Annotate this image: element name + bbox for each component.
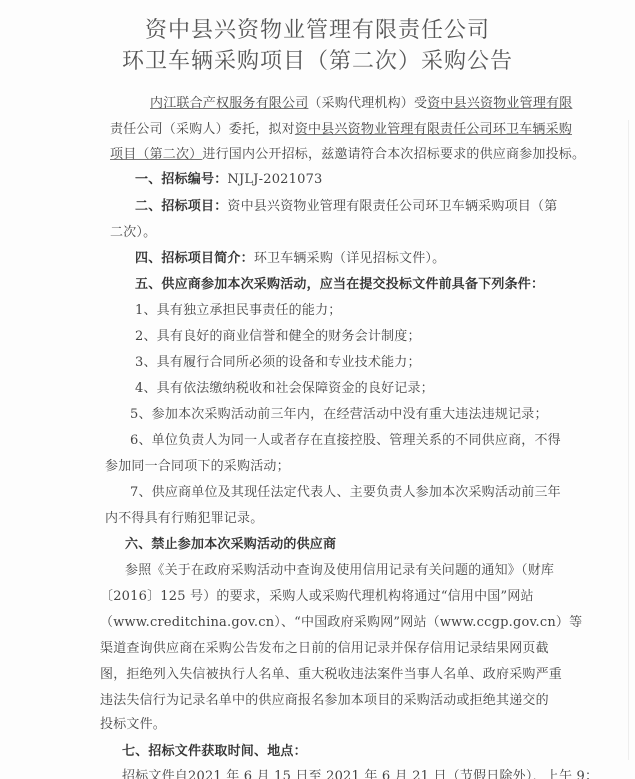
project-name-cont: 项目（第二次） xyxy=(110,147,202,162)
section-value: 资中县兴资物业管理有限责任公司环卫车辆采购项目（第 xyxy=(227,199,557,214)
intro-text: 责任公司（采购人）委托，拟对 xyxy=(110,122,295,137)
intro-line-1: 内江联合产权服务有限公司（采购代理机构）受资中县兴资物业管理有限 xyxy=(150,92,572,111)
document-title-line1: 资中县兴资物业管理有限责任公司 xyxy=(0,13,635,44)
condition-item: 4、具有依法缴纳税收和社会保障资金的良好记录； xyxy=(135,377,434,396)
section-5-heading: 五、供应商参加本次采购活动，应当在提交投标文件前具备下列条件： xyxy=(135,273,544,292)
condition-item: 1、具有独立承担民事责任的能力； xyxy=(135,299,341,318)
date-range: 2021 年 6 月 15 日至 2021 年 6 月 21 日（节假日除外），… xyxy=(188,769,598,779)
section-2: 二、招标项目：资中县兴资物业管理有限责任公司环卫车辆采购项目（第 xyxy=(135,195,557,214)
section-6-heading: 六、禁止参加本次采购活动的供应商 xyxy=(125,533,336,552)
purchaser-name: 资中县兴资物业管理有限 xyxy=(427,96,572,111)
section-label: 四、招标项目简介： xyxy=(135,251,254,266)
condition-item: 5、参加本次采购活动前三年内，在经营活动中没有重大违法违规记录； xyxy=(130,403,548,422)
condition-item: 2、具有良好的商业信誉和健全的财务会计制度； xyxy=(135,325,421,344)
section-1: 一、招标编号：NJLJ-2021073 xyxy=(135,168,323,187)
section-6-text: 渠道查询供应商在采购公告发布之日前的信用记录并保存信用记录结果网页截 xyxy=(100,637,549,656)
section-6-text: 投标文件。 xyxy=(100,713,166,732)
project-name: 资中县兴资物业管理有限责任公司环卫车辆采购 xyxy=(295,122,572,137)
section-6-text: （www.creditchina.gov.cn）、“中国政府采购网”网站（www… xyxy=(100,611,582,630)
section-7-heading: 七、招标文件获取时间、地点： xyxy=(122,740,307,759)
section-value: 环卫车辆采购（详见招标文件）。 xyxy=(254,251,446,266)
section-6-text: 违法失信行为记录名单中的供应商报名参加本项目的采购活动或拒绝其递交的 xyxy=(100,689,549,708)
bid-number: NJLJ-2021073 xyxy=(227,172,322,187)
page-edge-shadow xyxy=(628,120,629,760)
intro-text: 进行国内公开招标，兹邀请符合本次招标要求的供应商参加投标。 xyxy=(202,147,585,162)
agency-name: 内江联合产权服务有限公司 xyxy=(150,96,308,111)
section-label: 二、招标项目： xyxy=(135,199,227,214)
intro-line-3: 项目（第二次）进行国内公开招标，兹邀请符合本次招标要求的供应商参加投标。 xyxy=(110,143,585,162)
document-title-line2: 环卫车辆采购项目（第二次）采购公告 xyxy=(0,44,635,75)
section-label: 一、招标编号： xyxy=(135,172,227,187)
condition-item: 6、单位负责人为同一人或者存在直接控股、管理关系的不同供应商，不得 xyxy=(130,429,561,448)
section-6-text: 图，拒绝列入失信被执行人名单、重大税收违法案件当事人名单、政府采购严重 xyxy=(100,663,562,682)
section-6-text: 〔2016〕125 号）的要求，采购人或采购代理机构将通过“信用中国”网站 xyxy=(100,585,534,604)
condition-item: 3、具有履行合同所必须的设备和专业技术能力； xyxy=(135,351,421,370)
condition-item-cont: 内不得具有行贿犯罪记录。 xyxy=(105,507,263,526)
section-7-text: 招标文件自2021 年 6 月 15 日至 2021 年 6 月 21 日（节假… xyxy=(122,765,598,779)
intro-text: （采购代理机构）受 xyxy=(308,96,427,111)
section-text: 招标文件自 xyxy=(122,769,188,779)
section-6-text: 参照《关于在政府采购活动中查询及使用信用记录有关问题的通知》（财库 xyxy=(125,559,554,578)
section-2-cont: 二次）。 xyxy=(110,221,156,240)
condition-item-cont: 参加同一合同项下的采购活动； xyxy=(105,455,290,474)
condition-item: 7、供应商单位及其现任法定代表人、主要负责人参加本次采购活动前三年 xyxy=(130,481,561,500)
intro-line-2: 责任公司（采购人）委托，拟对资中县兴资物业管理有限责任公司环卫车辆采购 xyxy=(110,118,572,137)
section-4: 四、招标项目简介：环卫车辆采购（详见招标文件）。 xyxy=(135,247,445,266)
